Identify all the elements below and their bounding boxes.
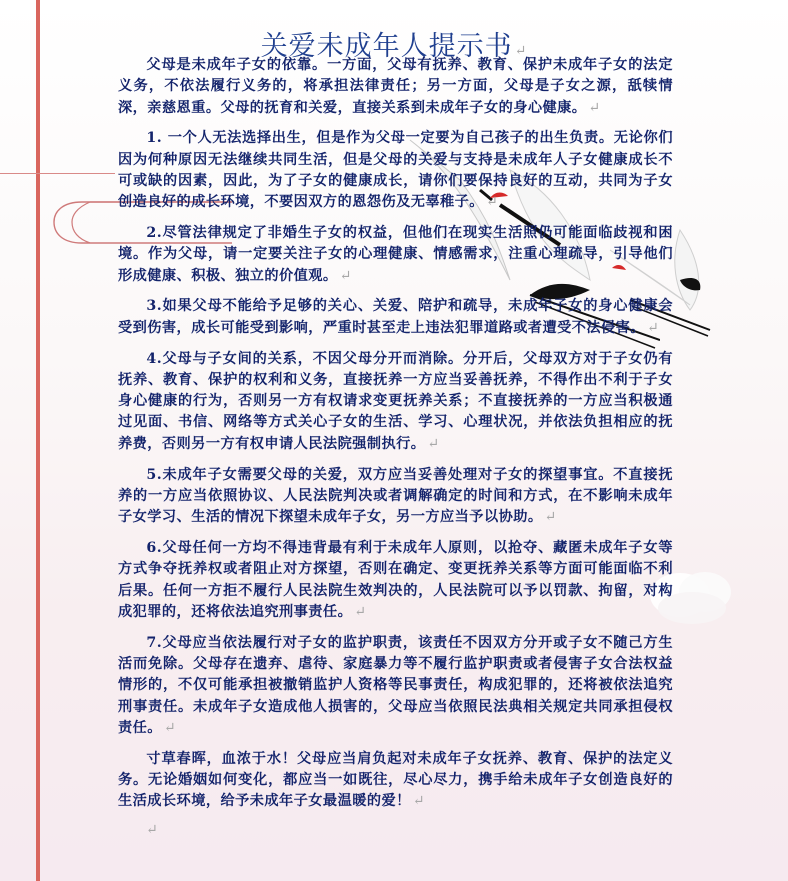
paragraph-mark-icon: ↵ <box>354 604 366 620</box>
paragraph-text: 寸草春晖，血浓于水！父母应当肩负起对未成年子女抚养、教育、保护的法定义务。无论婚… <box>118 751 673 810</box>
item-paragraph-6: 6.父母任何一方均不得违背最有利于未成年人原则，以抢夺、藏匿未成年子女等方式争夺… <box>118 538 673 623</box>
item-paragraph-4: 4.父母与子女间的关系，不因父母分开而消除。分开后，父母双方对于子女仍有抚养、教… <box>118 349 673 455</box>
horizontal-rule <box>0 173 115 174</box>
empty-paragraph[interactable]: ↵ <box>118 822 673 843</box>
paragraph-mark-icon: ↵ <box>427 436 439 452</box>
item-paragraph-2: 2.尽管法律规定了非婚生子女的权益，但他们在现实生活照仍可能面临歧视和困境。作为… <box>118 223 673 287</box>
paragraph-mark-icon: ↵ <box>647 320 659 336</box>
paragraph-text: 6.父母任何一方均不得违背最有利于未成年人原则，以抢夺、藏匿未成年子女等方式争夺… <box>118 540 673 620</box>
paragraph-mark-icon: ↵ <box>588 100 600 116</box>
item-paragraph-3: 3.如果父母不能给予足够的关心、关爱、陪护和疏导，未成年子女的身心健康会受到伤害… <box>118 296 673 339</box>
paragraph-text: 1. 一个人无法选择出生，但是作为父母一定要为自己孩子的出生负责。无论你们因为何… <box>118 130 673 210</box>
document-page: 关爱未成年人提示书↵ 父母是未成年子女的依靠。一方面，父母有抚养、教育、保护未成… <box>0 0 788 881</box>
paragraph-mark-icon: ↵ <box>545 509 557 525</box>
closing-paragraph: 寸草春晖，血浓于水！父母应当肩负起对未成年子女抚养、教育、保护的法定义务。无论婚… <box>118 749 673 813</box>
paragraph-text: 5.未成年子女需要父母的关爱，双方应当妥善处理对子女的探望事宜。不直接抚养的一方… <box>118 467 673 526</box>
item-paragraph-5: 5.未成年子女需要父母的关爱，双方应当妥善处理对子女的探望事宜。不直接抚养的一方… <box>118 465 673 529</box>
paragraph-mark-icon: ↵ <box>146 822 158 838</box>
paragraph-text: 7.父母应当依法履行对子女的监护职责，该责任不因双方分开或子女不随己方生活而免除… <box>118 635 673 736</box>
paragraph-mark-icon: ↵ <box>340 268 352 284</box>
margin-rule <box>36 0 40 881</box>
paragraph-text: 4.父母与子女间的关系，不因父母分开而消除。分开后，父母双方对于子女仍有抚养、教… <box>118 351 673 452</box>
item-paragraph-1: 1. 一个人无法选择出生，但是作为父母一定要为自己孩子的出生负责。无论你们因为何… <box>118 128 673 213</box>
item-paragraph-7: 7.父母应当依法履行对子女的监护职责，该责任不因双方分开或子女不随己方生活而免除… <box>118 633 673 739</box>
paragraph-text: 2.尽管法律规定了非婚生子女的权益，但他们在现实生活照仍可能面临歧视和困境。作为… <box>118 225 673 284</box>
document-body: 父母是未成年子女的依靠。一方面，父母有抚养、教育、保护未成年子女的法定义务，不依… <box>118 55 673 843</box>
paragraph-mark-icon: ↵ <box>413 793 425 809</box>
intro-paragraph: 父母是未成年子女的依靠。一方面，父母有抚养、教育、保护未成年子女的法定义务，不依… <box>118 55 673 119</box>
paragraph-mark-icon: ↵ <box>486 194 498 210</box>
paragraph-text: 3.如果父母不能给予足够的关心、关爱、陪护和疏导，未成年子女的身心健康会受到伤害… <box>118 298 673 335</box>
paragraph-mark-icon: ↵ <box>164 720 176 736</box>
